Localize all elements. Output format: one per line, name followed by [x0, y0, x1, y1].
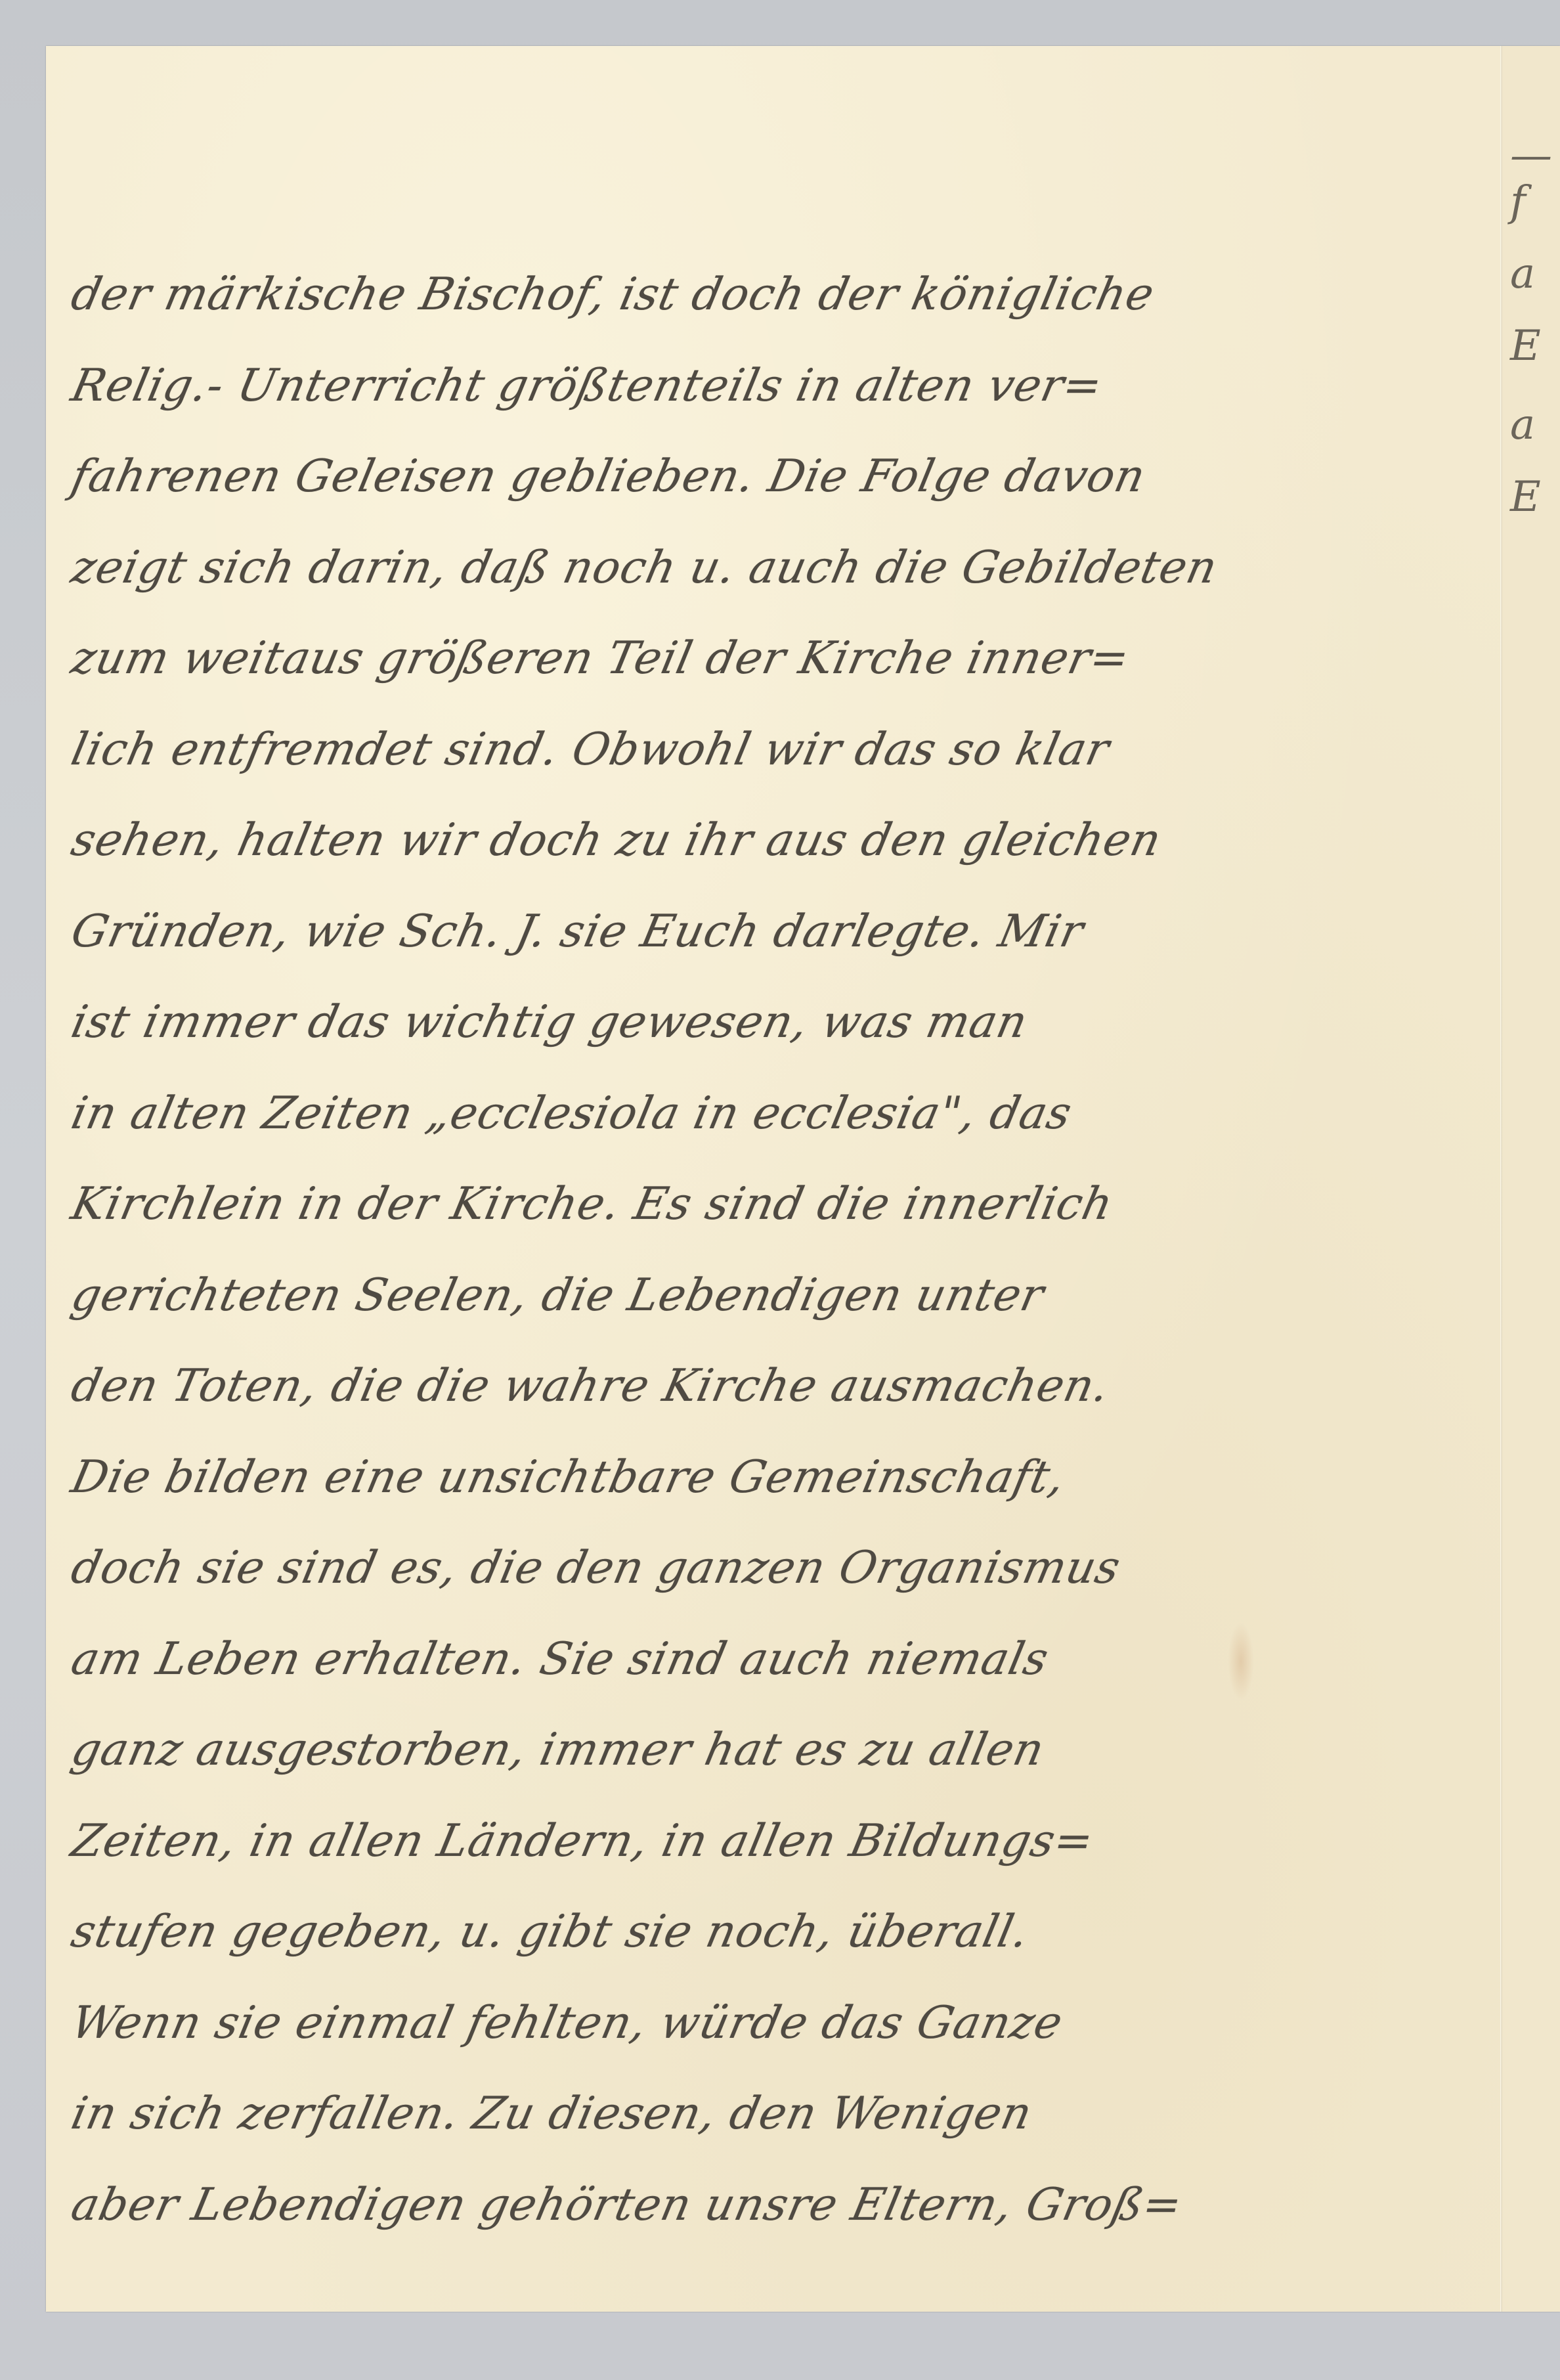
- letter-line: den Toten, die die wahre Kirche ausmache…: [62, 1341, 1486, 1432]
- adjacent-page-fragment: E: [1510, 473, 1541, 521]
- letter-body: der märkische Bischof, ist doch der köni…: [72, 250, 1477, 2251]
- letter-line: in sich zerfallen. Zu diesen, den Wenige…: [62, 2069, 1486, 2160]
- letter-line: in alten Zeiten „ecclesiola in ecclesia"…: [62, 1069, 1486, 1160]
- letter-line: Zeiten, in allen Ländern, in allen Bildu…: [62, 1796, 1486, 1887]
- letter-line: zum weitaus größeren Teil der Kirche inn…: [62, 613, 1486, 705]
- letter-line: doch sie sind es, die den ganzen Organis…: [62, 1523, 1486, 1614]
- letter-line: Gründen, wie Sch. J. sie Euch darlegte. …: [62, 887, 1486, 978]
- letter-line: ist immer das wichtig gewesen, was man: [62, 977, 1486, 1069]
- letter-line: zeigt sich darin, daß noch u. auch die G…: [62, 523, 1486, 614]
- letter-line: Die bilden eine unsichtbare Gemeinschaft…: [62, 1432, 1486, 1524]
- letter-line: Wenn sie einmal fehlten, würde das Ganze: [62, 1978, 1486, 2069]
- letter-line: der märkische Bischof, ist doch der köni…: [62, 250, 1486, 341]
- adjacent-page-fragment: a: [1510, 250, 1535, 298]
- letter-line: sehen, halten wir doch zu ihr aus den gl…: [62, 795, 1486, 887]
- adjacent-page-fragment: f: [1510, 177, 1526, 226]
- letter-line: gerichteten Seelen, die Lebendigen unter: [62, 1250, 1486, 1342]
- adjacent-page-fragment: E: [1510, 322, 1541, 370]
- letter-line: lich entfremdet sind. Obwohl wir das so …: [62, 705, 1486, 796]
- letter-line: ganz ausgestorben, immer hat es zu allen: [62, 1705, 1486, 1796]
- letter-line: Kirchlein in der Kirche. Es sind die inn…: [62, 1159, 1486, 1250]
- adjacent-page-edge: — f a E a E: [1502, 46, 1560, 2312]
- adjacent-page-fragment: —: [1510, 131, 1552, 180]
- letter-line: Relig.- Unterricht größtenteils in alten…: [62, 341, 1486, 432]
- letter-line: stufen gegeben, u. gibt sie noch, überal…: [62, 1887, 1486, 1978]
- letter-line: aber Lebendigen gehörten unsre Eltern, G…: [62, 2160, 1486, 2251]
- letter-line: am Leben erhalten. Sie sind auch niemals: [62, 1614, 1486, 1706]
- paper-fold: [1500, 46, 1502, 2312]
- adjacent-page-fragment: a: [1510, 401, 1535, 449]
- letter-line: fahrenen Geleisen geblieben. Die Folge d…: [62, 431, 1486, 523]
